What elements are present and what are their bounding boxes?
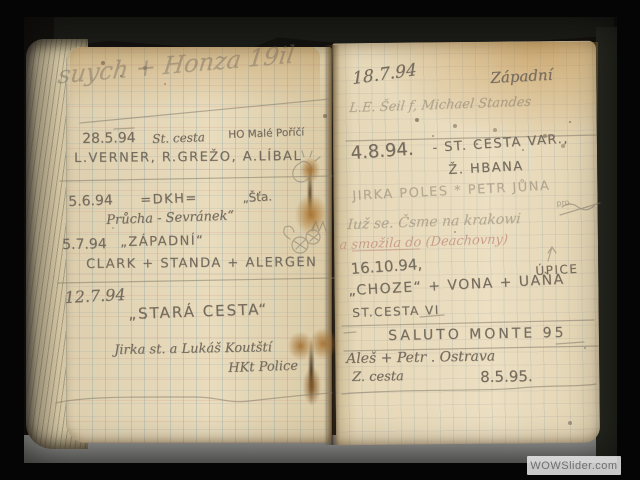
entry-names: L.VERNER, R.GREŽO, A.LÍBAL [74, 149, 302, 166]
entry-date: 4.8.94. [350, 139, 414, 164]
entry-small-note: pro. [556, 198, 572, 208]
entry-club: HKt Police [228, 359, 298, 376]
photo-frame: suych + Honza 19il 28.5.94 St. cesta HO … [0, 0, 640, 480]
entry-names: CLARK + STANDA + ALERGEN [86, 255, 317, 272]
entry-date: 12.7.94 [64, 285, 126, 307]
notebook-photo: suych + Honza 19il 28.5.94 St. cesta HO … [24, 17, 617, 463]
entry-note: „Šťa. [242, 189, 272, 205]
entry-date: 28.5.94 [82, 130, 136, 147]
wowslider-watermark-link[interactable]: WOWSlider.com [527, 456, 621, 475]
entry-route: „ZÁPADNÍ“ [120, 234, 204, 250]
entry-route: =DKH= [140, 191, 198, 208]
binding-crease [324, 45, 340, 445]
entry-date: 5.7.94 [62, 236, 107, 253]
entry-date: 8.5.95. [480, 367, 533, 386]
mold-speckles [24, 17, 26, 19]
watermark-label: WOWSlider.com [530, 460, 617, 472]
entry-route: Z. cesta [352, 369, 404, 385]
entry-date: 5.6.94 [68, 192, 113, 210]
entry-names: Aleš + Petr . Ostrava [346, 348, 495, 367]
entry-route: St. cesta [152, 130, 205, 146]
expedition-title: SALUTO MONTE 95 [388, 325, 567, 344]
entry-route: Západní [490, 66, 553, 87]
entry-names: Jirka st. a Lukáš Koutští [114, 340, 272, 358]
